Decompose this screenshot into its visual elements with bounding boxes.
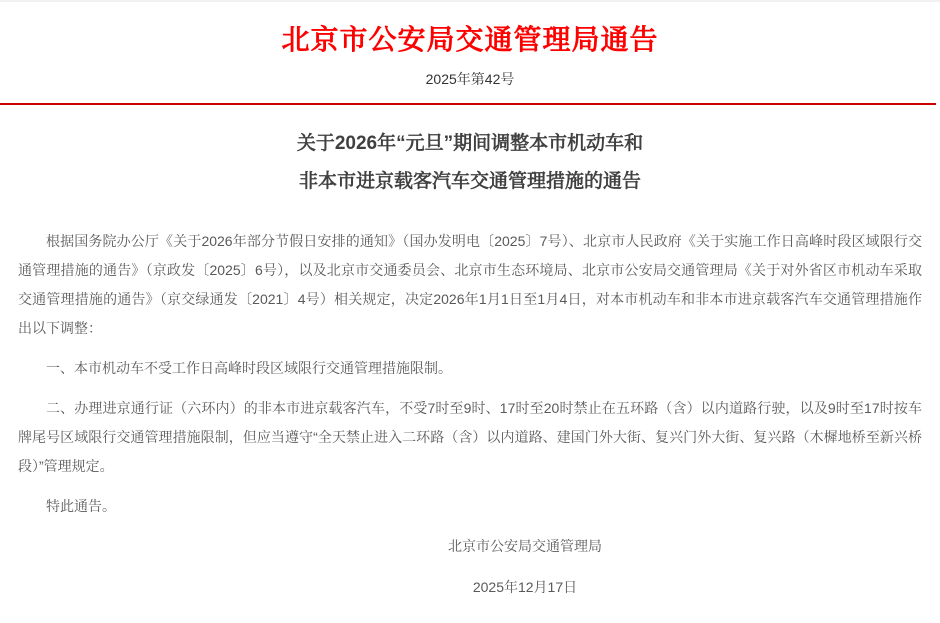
signature-issuer: 北京市公安局交通管理局 xyxy=(73,532,940,561)
paragraph-measure-1: 一、本市机动车不受工作日高峰时段区域限行交通管理措施限制。 xyxy=(18,354,922,383)
notice-page: 北京市公安局交通管理局通告 2025年第42号 关于2026年“元旦”期间调整本… xyxy=(0,0,940,623)
signature-date: 2025年12月17日 xyxy=(73,573,940,602)
red-divider xyxy=(0,103,936,105)
masthead-title: 北京市公安局交通管理局通告 xyxy=(0,22,940,58)
closing-line: 特此通告。 xyxy=(18,492,922,521)
paragraph-measure-2: 二、办理进京通行证（六环内）的非本市进京载客汽车，不受7时至9时、17时至20时… xyxy=(18,394,922,481)
signature-block: 北京市公安局交通管理局 2025年12月17日 xyxy=(73,532,940,602)
paragraph-legal-basis: 根据国务院办公厅《关于2026年部分节假日安排的通知》（国办发明电〔2025〕7… xyxy=(18,227,922,343)
notice-body: 根据国务院办公厅《关于2026年部分节假日安排的通知》（国办发明电〔2025〕7… xyxy=(18,227,922,602)
document-title: 关于2026年“元旦”期间调整本市机动车和 非本市进京载客汽车交通管理措施的通告 xyxy=(0,125,940,201)
issue-number: 2025年第42号 xyxy=(0,68,940,90)
document-title-line2: 非本市进京载客汽车交通管理措施的通告 xyxy=(0,163,940,201)
document-title-line1: 关于2026年“元旦”期间调整本市机动车和 xyxy=(0,125,940,163)
